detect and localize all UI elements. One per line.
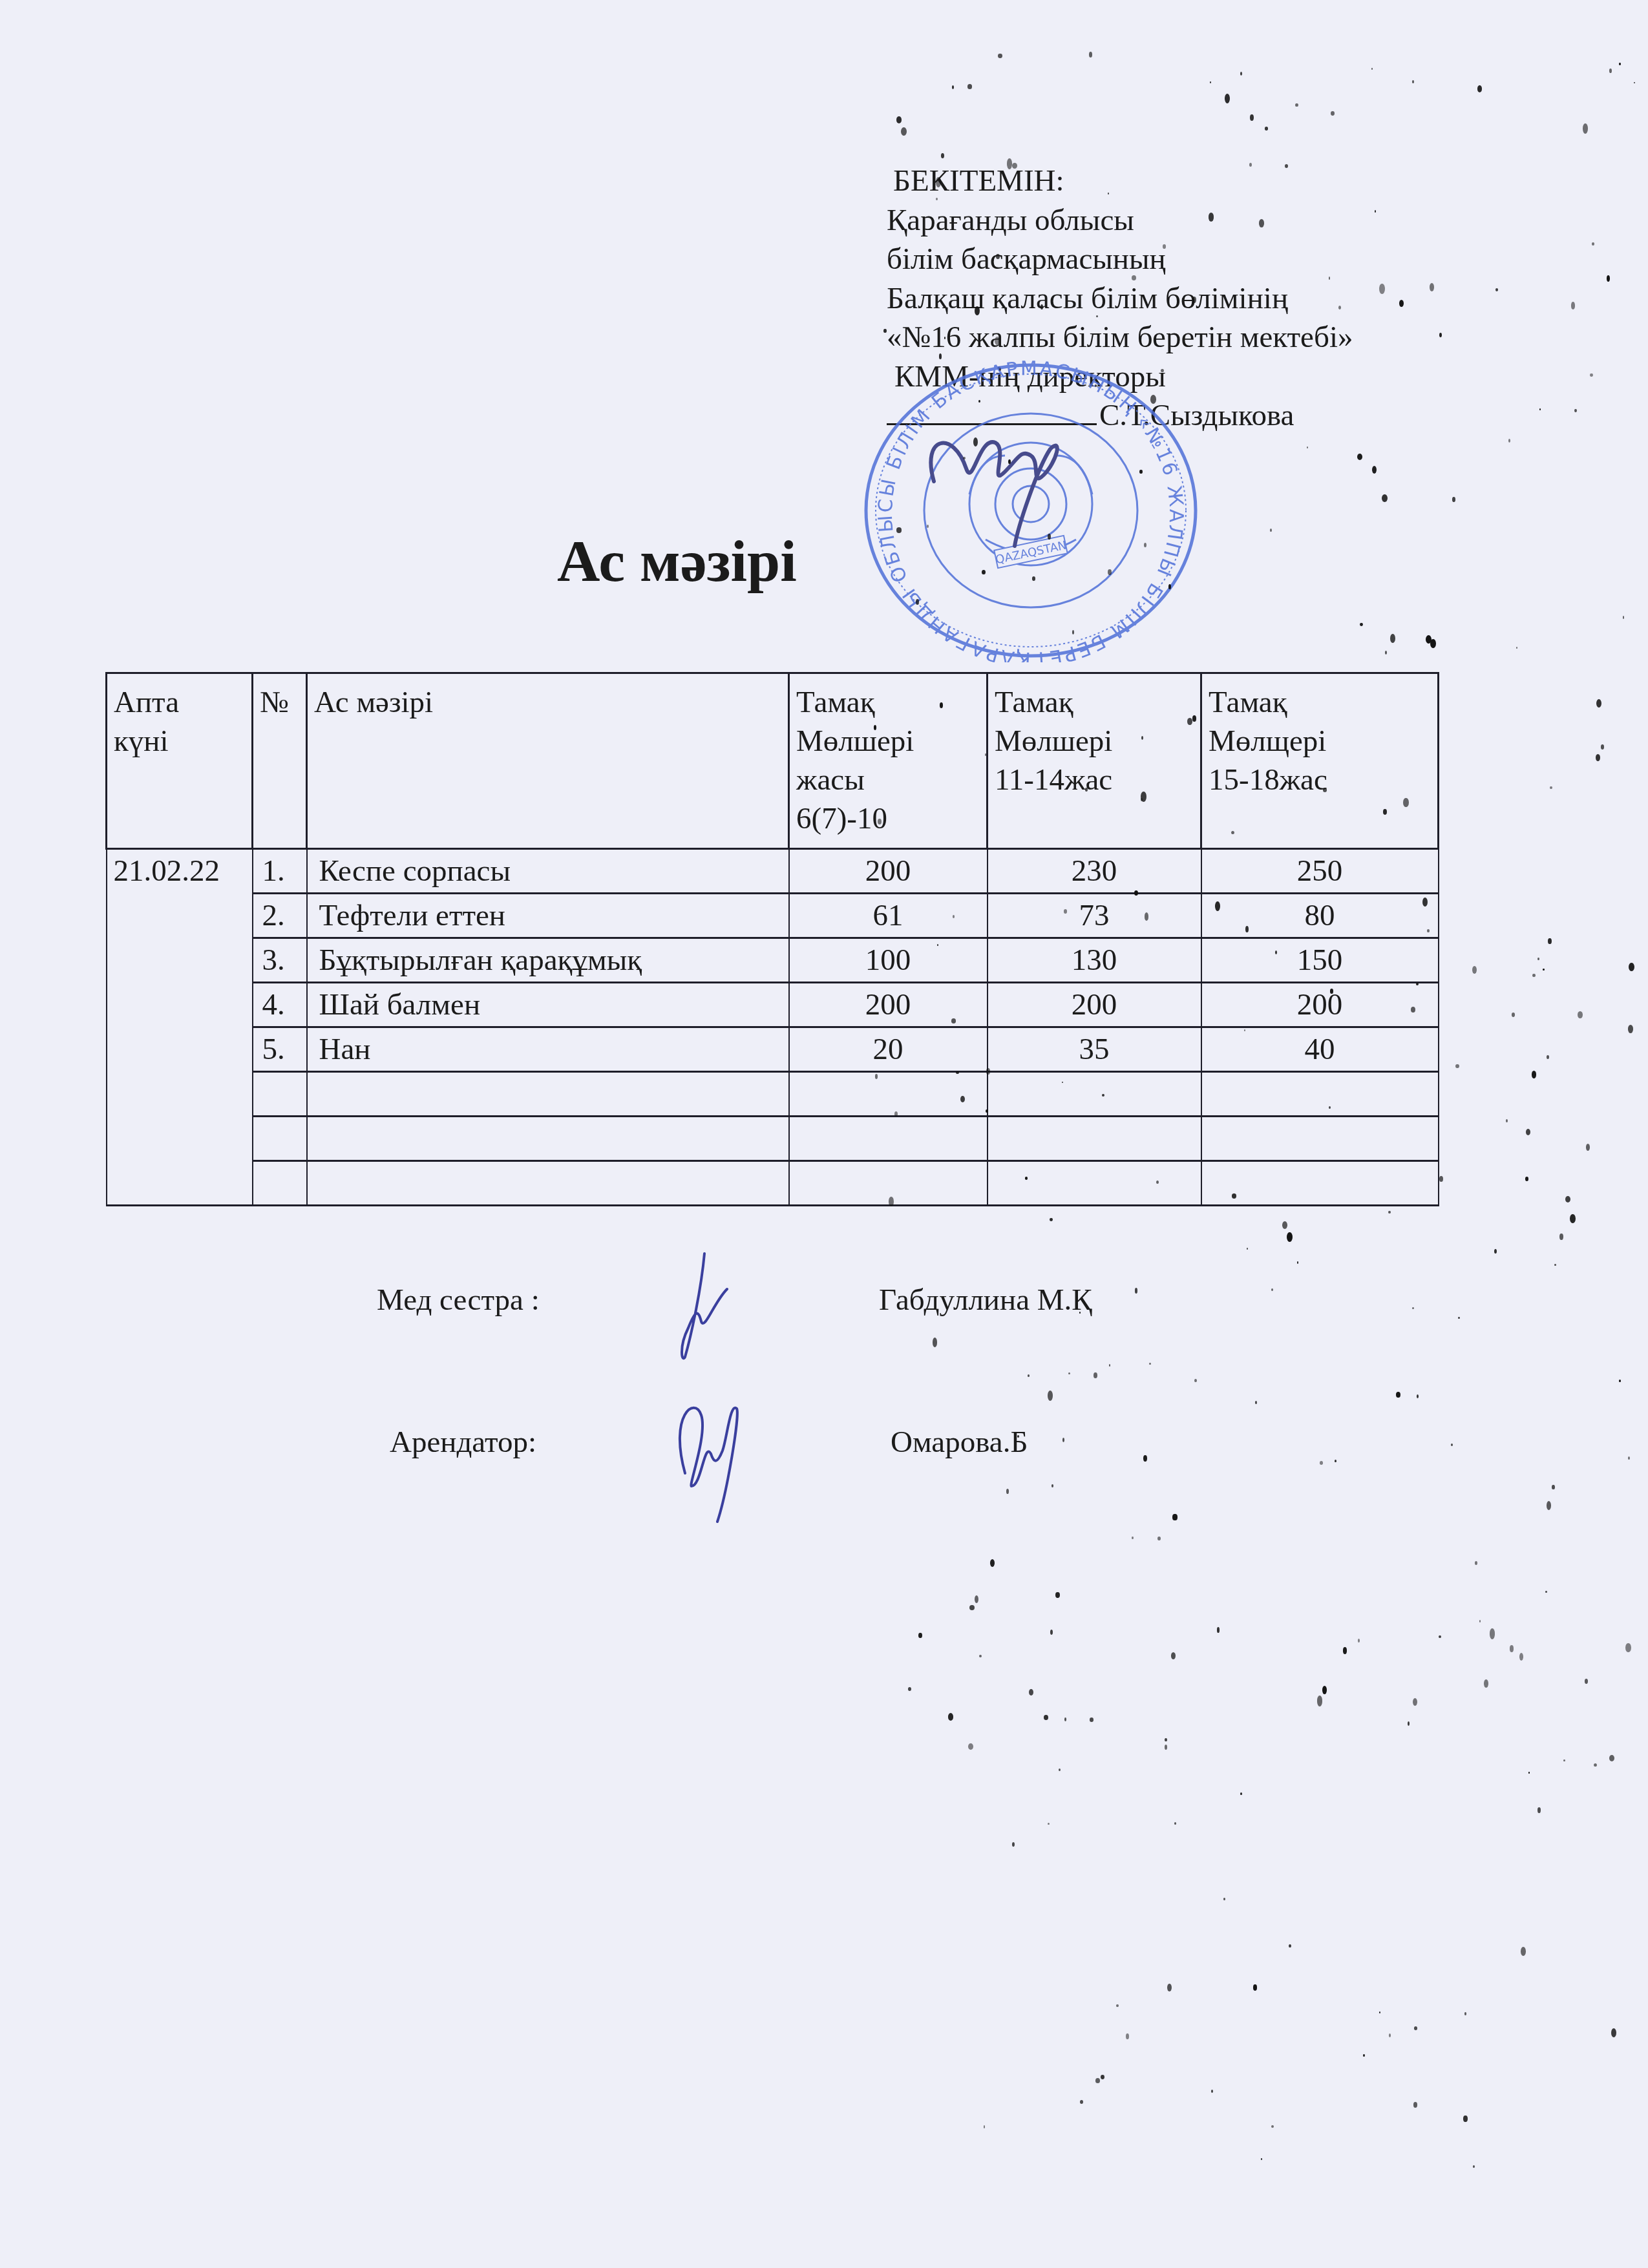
dish-name — [307, 1072, 789, 1117]
qty-6-10 — [789, 1117, 988, 1161]
dish-name: Нан — [307, 1027, 789, 1072]
qty-15-18: 200 — [1201, 983, 1439, 1027]
approval-line: Қарағанды облысы — [887, 201, 1353, 240]
qty-11-14: 230 — [988, 849, 1201, 894]
approval-line: білім басқармасының — [887, 240, 1353, 279]
menu-table: Аптакүні № Ас мәзірі ТамақМөлшеріжасы6(7… — [105, 672, 1439, 1206]
approval-line: Балқаш қаласы білім бөлімінің — [887, 279, 1353, 319]
qty-11-14: 130 — [988, 938, 1201, 983]
header-qty-6-10: ТамақМөлшеріжасы6(7)-10 — [789, 673, 988, 849]
signature-line — [887, 397, 1097, 425]
table-row: 21.02.221.Кеспе сорпасы200230250 — [107, 849, 1439, 894]
tenant-role-label: Арендатор: — [390, 1425, 536, 1460]
header-qty-15-18: ТамақМөлщері15-18жас — [1201, 673, 1439, 849]
dish-name: Шай балмен — [307, 983, 789, 1027]
header-number: № — [253, 673, 307, 849]
qty-11-14 — [988, 1161, 1201, 1206]
item-number — [253, 1161, 307, 1206]
item-number: 4. — [253, 983, 307, 1027]
tenant-name: Омарова.Б — [891, 1425, 1028, 1460]
page-title: Ас мәзірі — [557, 527, 797, 595]
item-number — [253, 1117, 307, 1161]
qty-11-14: 73 — [988, 894, 1201, 938]
emblem-icon — [969, 443, 1092, 565]
item-number: 1. — [253, 849, 307, 894]
table-row — [107, 1161, 1439, 1206]
header-day: Аптакүні — [107, 673, 253, 849]
approval-block: БЕКІТЕМІН: Қарағанды облысы білім басқар… — [887, 162, 1353, 436]
nurse-signature-icon — [666, 1250, 795, 1367]
qty-6-10: 20 — [789, 1027, 988, 1072]
qty-6-10: 61 — [789, 894, 988, 938]
dish-name: Бұқтырылған қарақұмық — [307, 938, 789, 983]
director-signature-icon — [931, 442, 1057, 546]
dish-name: Кеспе сорпасы — [307, 849, 789, 894]
header-dish: Ас мәзірі — [307, 673, 789, 849]
qty-15-18: 250 — [1201, 849, 1439, 894]
dish-name — [307, 1117, 789, 1161]
table-row: 3.Бұқтырылған қарақұмық100130150 — [107, 938, 1439, 983]
item-number: 5. — [253, 1027, 307, 1072]
week-day-date: 21.02.22 — [107, 849, 253, 1206]
table-row: 4.Шай балмен200200200 — [107, 983, 1439, 1027]
director-name: С.Т.Сыздыкова — [1099, 399, 1294, 432]
director-signature-row: С.Т.Сыздыкова — [887, 396, 1353, 436]
header-qty-11-14: ТамақМөлшері11-14жас — [988, 673, 1201, 849]
qty-11-14 — [988, 1072, 1201, 1117]
qty-6-10 — [789, 1072, 988, 1117]
dish-name — [307, 1161, 789, 1206]
qty-6-10: 200 — [789, 983, 988, 1027]
qty-15-18 — [1201, 1117, 1439, 1161]
qty-15-18 — [1201, 1161, 1439, 1206]
table-row — [107, 1072, 1439, 1117]
table-row: 5.Нан203540 — [107, 1027, 1439, 1072]
dish-name: Тефтели еттен — [307, 894, 789, 938]
qty-15-18 — [1201, 1072, 1439, 1117]
qty-11-14 — [988, 1117, 1201, 1161]
tenant-signature-icon — [666, 1389, 808, 1531]
nurse-role-label: Мед сестра : — [377, 1283, 540, 1318]
qty-6-10: 100 — [789, 938, 988, 983]
approval-line: «№16 жалпы білім беретін мектебі» — [887, 318, 1353, 357]
table-header-row: Аптакүні № Ас мәзірі ТамақМөлшеріжасы6(7… — [107, 673, 1439, 849]
item-number — [253, 1072, 307, 1117]
table-row: 2.Тефтели еттен617380 — [107, 894, 1439, 938]
qty-15-18: 150 — [1201, 938, 1439, 983]
qty-6-10 — [789, 1161, 988, 1206]
qty-15-18: 40 — [1201, 1027, 1439, 1072]
stamp-center-text: QAZAQSTAN — [994, 539, 1068, 567]
nurse-name: Габдуллина М.Қ — [879, 1283, 1092, 1318]
qty-15-18: 80 — [1201, 894, 1439, 938]
item-number: 2. — [253, 894, 307, 938]
table-row — [107, 1117, 1439, 1161]
qty-6-10: 200 — [789, 849, 988, 894]
qty-11-14: 35 — [988, 1027, 1201, 1072]
approval-line: КММ-нің директоры — [887, 357, 1353, 397]
qty-11-14: 200 — [988, 983, 1201, 1027]
approval-heading: БЕКІТЕМІН: — [887, 162, 1353, 201]
item-number: 3. — [253, 938, 307, 983]
